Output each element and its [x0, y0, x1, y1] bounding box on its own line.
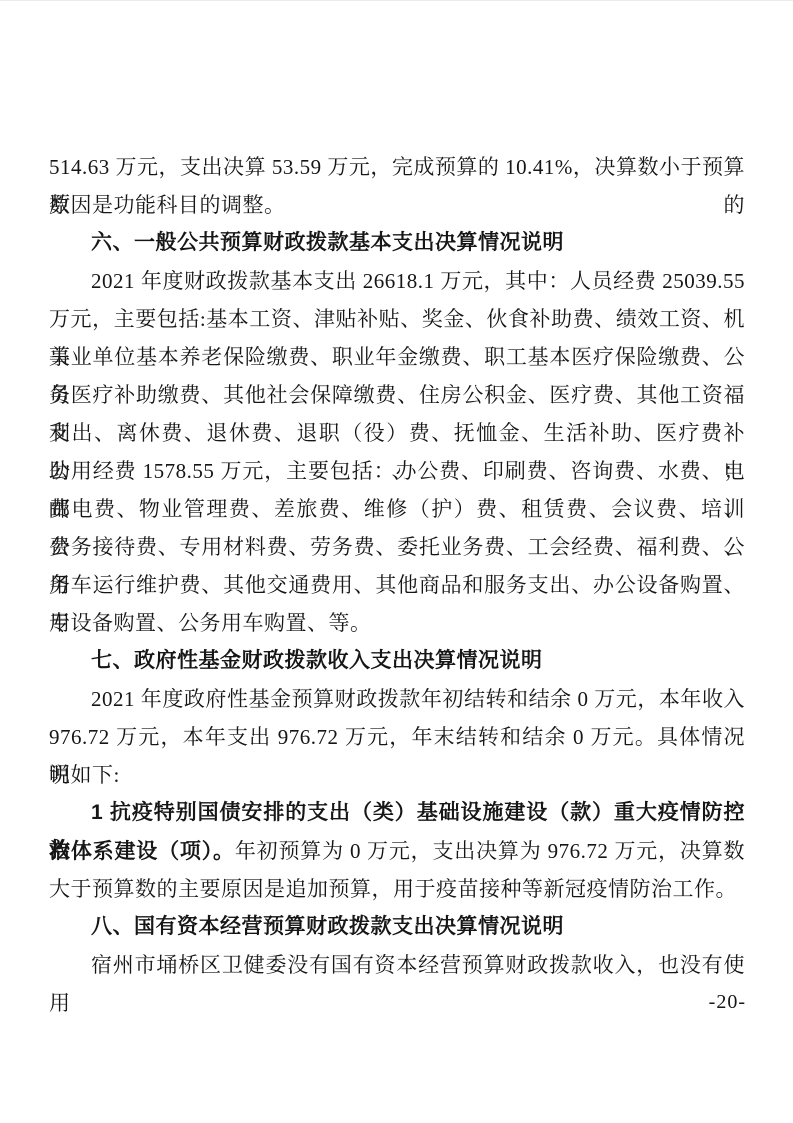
body-text-line: 支出、离休费、退休费、退职（役）费、抚恤金、生活补助、医疗费补助、； — [49, 414, 745, 452]
body-text-line: 员医疗补助缴费、其他社会保障缴费、住房公积金、医疗费、其他工资福利 — [49, 376, 745, 414]
body-text-line: 2021 年度政府性基金预算财政拨款年初结转和结余 0 万元，本年收入 — [49, 680, 745, 718]
document-body: 514.63 万元，支出决算 53.59 万元，完成预算的 10.41%，决算数… — [49, 148, 745, 984]
section-heading-7: 七、政府性基金财政拨款收入支出决算情况说明 — [49, 642, 745, 680]
body-text-line: 大于预算数的主要原因是追加预算，用于疫苗接种等新冠疫情防治工作。 — [49, 870, 745, 908]
item-heading-run: 治体系建设（项）。 — [49, 840, 235, 863]
body-text-line: 宿州市埇桥区卫健委没有国有资本经营预算财政拨款收入，也没有使用 — [49, 946, 745, 984]
body-text-line: 公用经费 1578.55 万元，主要包括：办公费、印刷费、咨询费、水费、电费、 — [49, 452, 745, 490]
section-heading-8: 八、国有资本经营预算财政拨款支出决算情况说明 — [49, 908, 745, 946]
body-text-line: 邮电费、物业管理费、差旅费、维修（护）费、租赁费、会议费、培训费、 — [49, 490, 745, 528]
body-text-line: 514.63 万元，支出决算 53.59 万元，完成预算的 10.41%，决算数… — [49, 148, 745, 186]
body-text-line: 事业单位基本养老保险缴费、职业年金缴费、职工基本医疗保险缴费、公务 — [49, 338, 745, 376]
section-heading-6: 六、一般公共预算财政拨款基本支出决算情况说明 — [49, 224, 745, 262]
item-heading-line: 1 抗疫特别国债安排的支出（类）基础设施建设（款）重大疫情防控救 — [49, 794, 745, 832]
body-text-line: 2021 年度财政拨款基本支出 26618.1 万元，其中：人员经费 25039… — [49, 262, 745, 300]
body-text-run: 年初预算为 0 万元，支出决算为 976.72 万元，决算数 — [235, 839, 745, 863]
body-text-line: 用设备购置、公务用车购置、等。 — [49, 604, 745, 642]
document-page: 514.63 万元，支出决算 53.59 万元，完成预算的 10.41%，决算数… — [0, 0, 793, 1123]
body-text-line: 用车运行维护费、其他交通费用、其他商品和服务支出、办公设备购置、专 — [49, 566, 745, 604]
body-text-line: 治体系建设（项）。年初预算为 0 万元，支出决算为 976.72 万元，决算数 — [49, 832, 745, 870]
body-text-line: 万元，主要包括:基本工资、津贴补贴、奖金、伙食补助费、绩效工资、机关 — [49, 300, 745, 338]
body-text-line: 明如下: — [49, 756, 745, 794]
page-number: -20- — [709, 990, 746, 1014]
body-text-line: 976.72 万元，本年支出 976.72 万元，年末结转和结余 0 万元。具体… — [49, 718, 745, 756]
body-text-line: 公务接待费、专用材料费、劳务费、委托业务费、工会经费、福利费、公务 — [49, 528, 745, 566]
